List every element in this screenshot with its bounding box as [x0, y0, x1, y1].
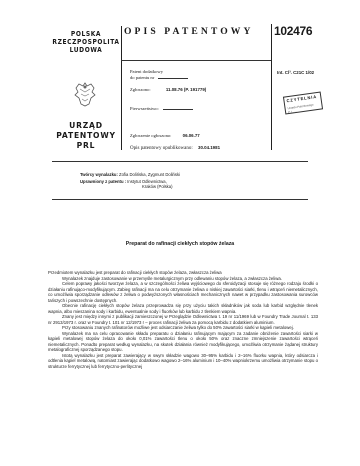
eagle-emblem-icon: [72, 80, 98, 108]
paragraph: Celem poprawy jakości tworzyw żelaza, a …: [48, 281, 318, 303]
published-value: 30.04.1981: [198, 145, 220, 150]
inventors-value: Zofia Dolińska, Zygmunt Doliński: [119, 172, 180, 177]
blank-line: [158, 78, 188, 79]
title-underline: [121, 60, 271, 61]
country-line-3: LUDOWA: [46, 46, 126, 54]
holder-label: Uprawniony z patentu :: [80, 179, 126, 184]
document-type-title: OPIS PATENTOWY: [124, 26, 254, 37]
inventors-bottom-rule: [52, 199, 308, 200]
paragraph: Obecnie rafinację ciekłych stopów żelaza…: [48, 303, 318, 314]
paragraph: Przy stosowaniu znanych rafinatorów możl…: [48, 325, 318, 331]
patent-office-name: URZĄD PATENTOWY PRL: [46, 121, 126, 151]
divider-left: [121, 26, 122, 150]
paragraph: Istotą wynalazku jest preparat zawierają…: [48, 353, 318, 370]
additional-patent-field: Patent dodatkowy do patentu nr: [130, 69, 188, 81]
blank-line: [163, 109, 193, 110]
country-name: POLSKA RZECZPOSPOLITA LUDOWA: [46, 30, 126, 54]
header-bottom-rule: [52, 161, 308, 162]
country-line-2: RZECZPOSPOLITA: [46, 38, 126, 46]
published-field: Opis patentowy opublikowano: 30.04.1981: [130, 145, 220, 151]
office-line-3: PRL: [46, 141, 126, 151]
holder-value-2: Kraków (Polska): [80, 184, 180, 189]
filed-label: Zgłoszono:: [130, 87, 151, 92]
document-body: Przedmiotem wynalazku jest preparat do r…: [48, 270, 318, 369]
office-line-1: URZĄD: [46, 121, 126, 131]
inventors-label: Twórcy wynalazku:: [80, 172, 118, 177]
paragraph: Znany jest między innymi z publikacji za…: [48, 314, 318, 325]
library-stamp: CZYTELNIA Urzędu Patentowego P. L. ...: [283, 91, 323, 114]
paragraph: Wynalazek ma na celu opracowanie składu …: [48, 331, 318, 353]
country-line-1: POLSKA: [46, 30, 126, 38]
priority-label: Pierwszeństwo:: [130, 106, 159, 111]
filed-value: 11.08.76 (P. 191779): [166, 87, 206, 92]
additional-patent-label2: do patentu nr: [130, 75, 154, 80]
int-classification: Int. Cl³. C21C 1/02: [277, 70, 314, 75]
patent-number: 102476: [274, 24, 312, 38]
document-title: Preparat do rafinacji ciekłych stopów że…: [0, 241, 360, 247]
announced-label: Zgłoszenie ogłoszono:: [130, 133, 171, 138]
announced-value: 06.06.77: [183, 133, 200, 138]
inventors-block: Twórcy wynalazku: Zofia Dolińska, Zygmun…: [80, 172, 180, 189]
divider-right: [271, 24, 272, 150]
filed-field: Zgłoszono: 11.08.76 (P. 191779): [130, 87, 206, 92]
published-label: Opis patentowy opublikowano:: [130, 146, 193, 151]
announced-field: Zgłoszenie ogłoszono: 06.06.77: [130, 133, 200, 138]
priority-field: Pierwszeństwo:: [130, 106, 193, 111]
office-line-2: PATENTOWY: [46, 131, 126, 141]
